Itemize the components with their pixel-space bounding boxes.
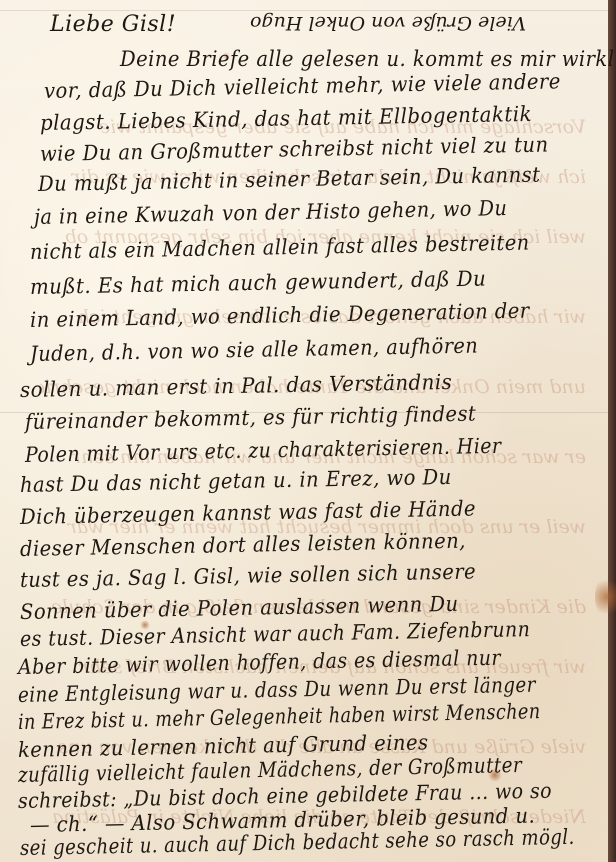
paper-edge-shadow xyxy=(608,0,616,862)
letter-line: mußt. Es hat mich auch gewundert, daß Du xyxy=(30,267,487,299)
letter-page: Vorschlage mir ich habe auf sie aber ges… xyxy=(0,0,616,862)
paper-stain xyxy=(595,575,616,619)
letter-line: Deine Briefe alle gelesen u. kommt es mi… xyxy=(120,47,616,71)
paper-fold-top xyxy=(0,10,608,11)
letter-line: vor, daß Du Dich vielleicht mehr, wie vi… xyxy=(44,69,561,103)
inverted-header-note: Viele Grüße von Onkel Hugo xyxy=(250,12,526,34)
salutation: Liebe Gisl! xyxy=(50,12,176,37)
letter-line: füreinander bekommt, es für richtig find… xyxy=(25,402,477,434)
letter-line: Juden, d.h. von wo sie alle kamen, aufhö… xyxy=(30,333,479,366)
letter-line: tust es ja. Sag l. Gisl, wie sollen sich… xyxy=(20,559,476,592)
